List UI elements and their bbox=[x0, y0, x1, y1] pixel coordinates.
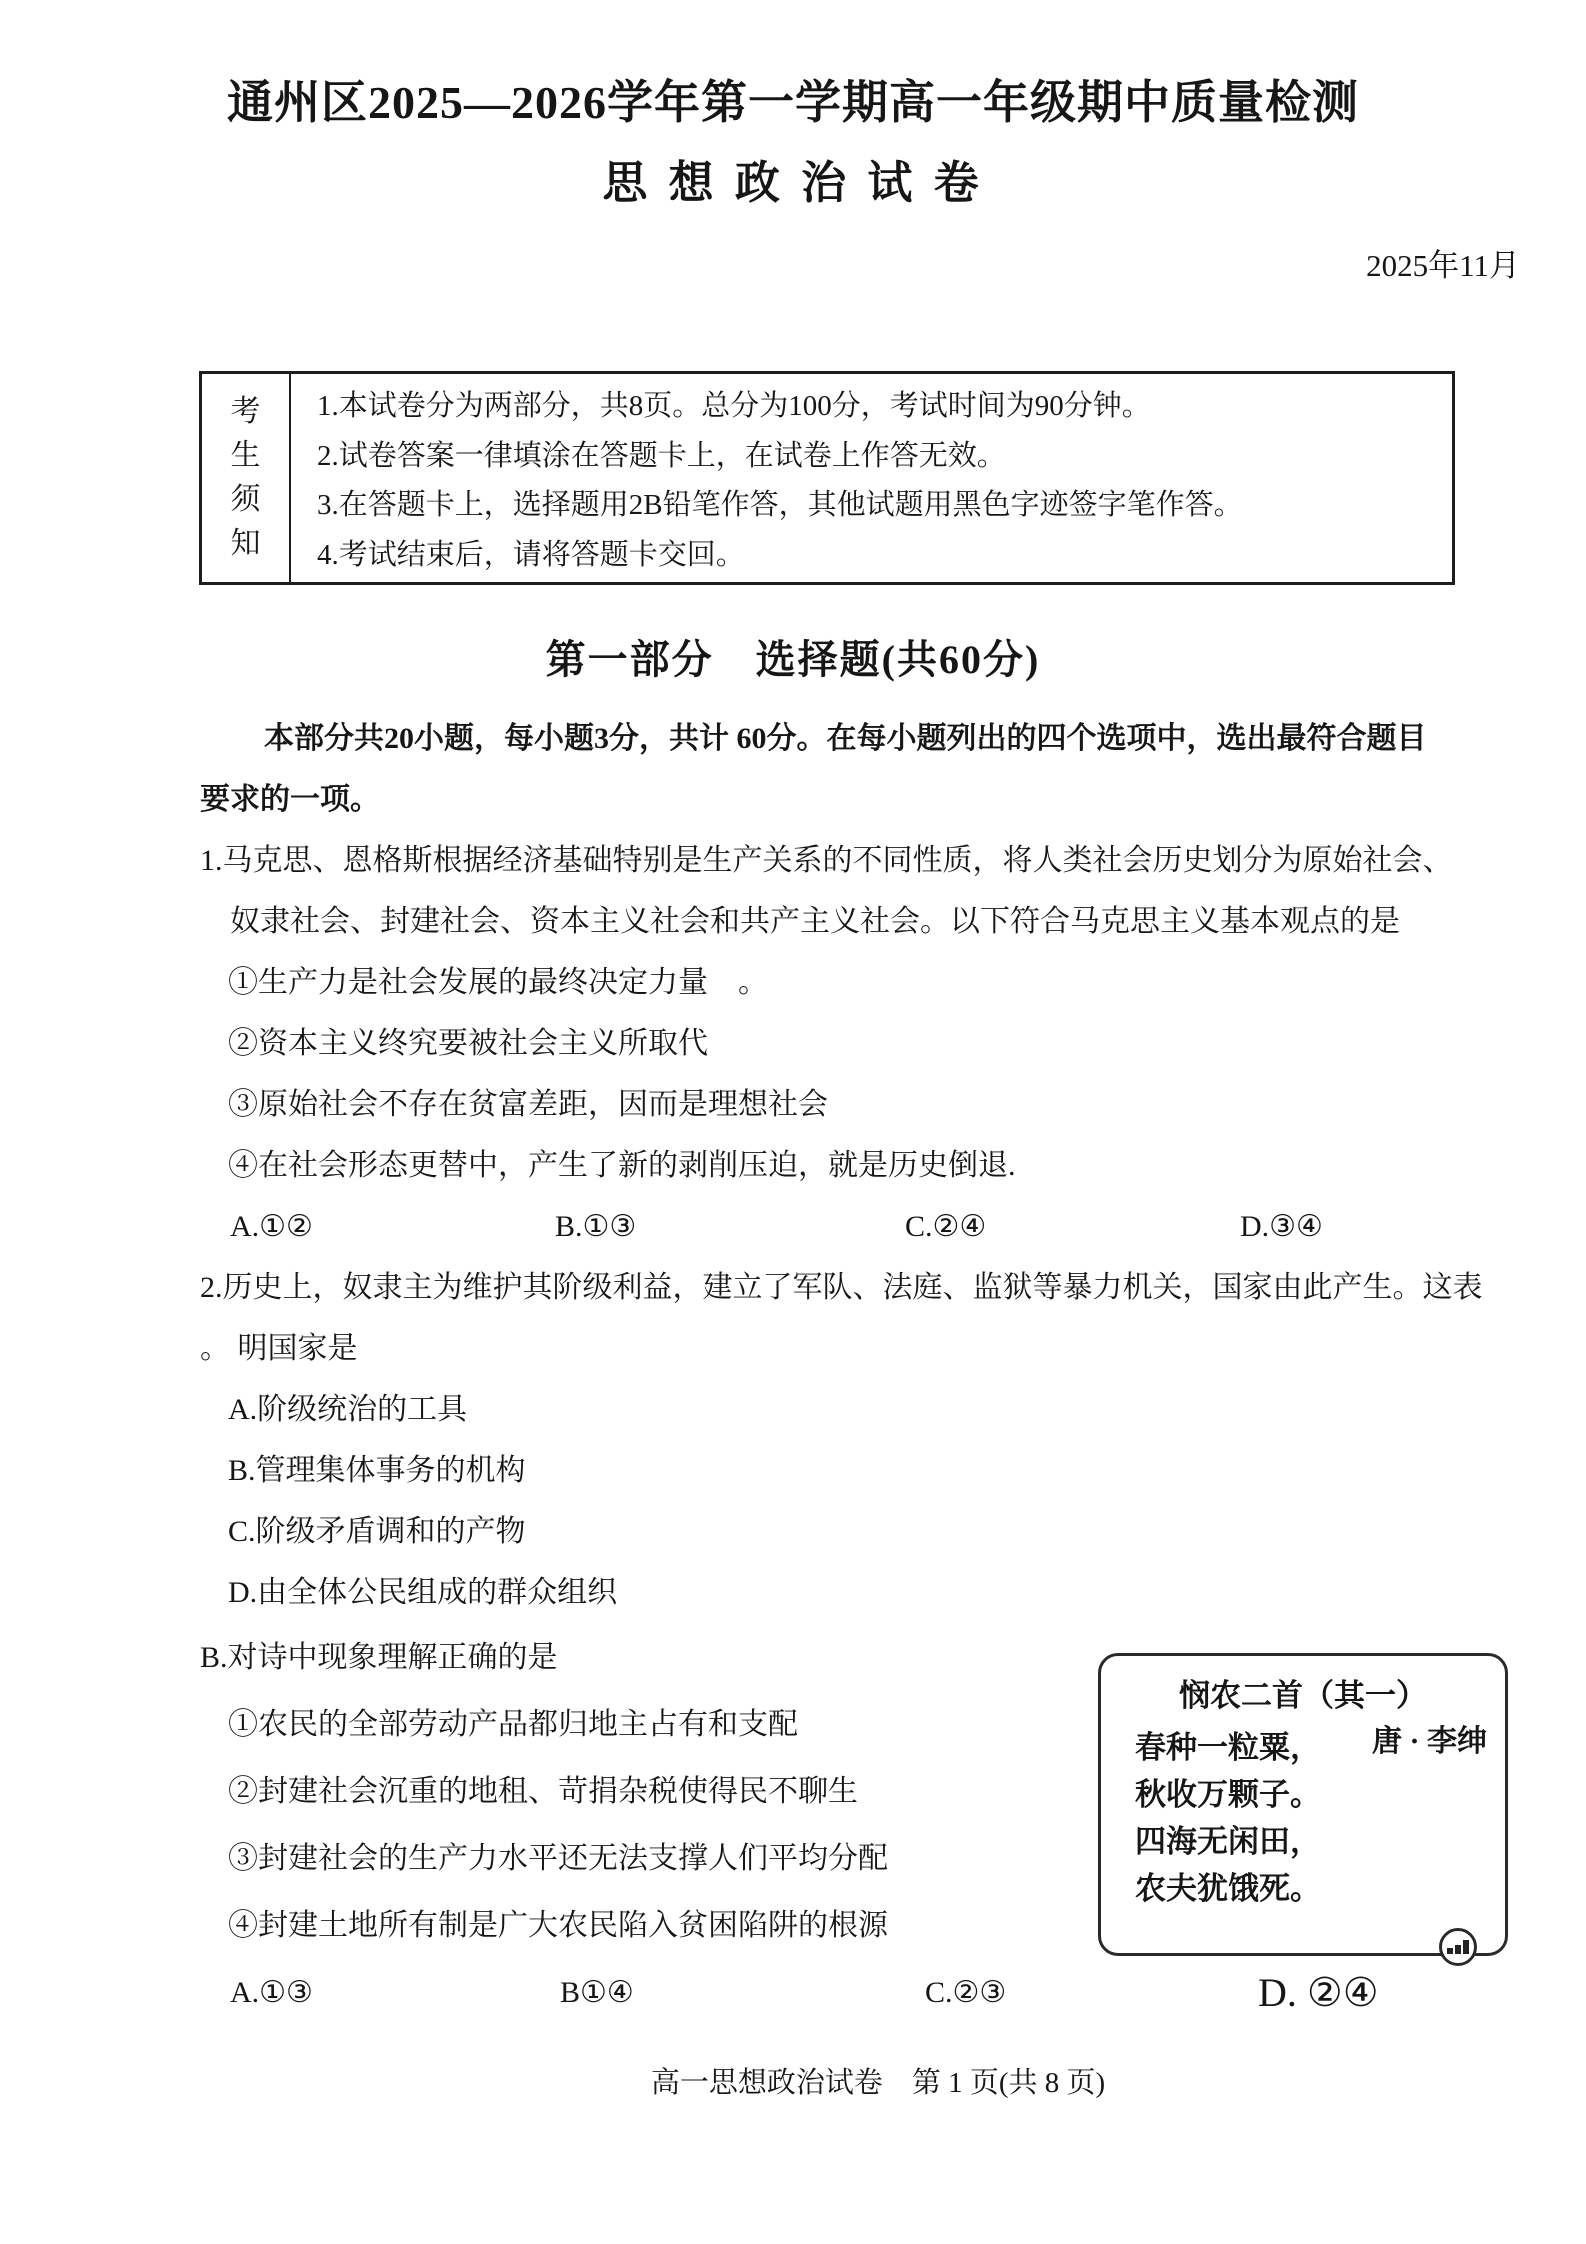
question-3-option-a: A.①③ bbox=[230, 1959, 313, 2026]
section1-heading: 第一部分 选择题(共60分) bbox=[0, 630, 1586, 690]
question-1: 1.马克思、恩格斯根据经济基础特别是生产关系的不同性质，将人类社会历史划分为原始… bbox=[200, 830, 1510, 1257]
notice-label-char: 生 bbox=[231, 434, 261, 478]
notice-item: 3.在答题卡上，选择题用2B铅笔作答，其他试题用黑色字迹签字笔作答。 bbox=[317, 482, 1452, 523]
question-3-option-d: D. ②④ bbox=[1258, 1959, 1379, 2026]
question-2-option-a: A.阶级统治的工具 bbox=[200, 1379, 1510, 1440]
notice-items: 1.本试卷分为两部分，共8页。总分为100分，考试时间为90分钟。 2.试卷答案… bbox=[291, 374, 1452, 582]
question-1-option-d: D.③④ bbox=[1240, 1196, 1323, 1257]
question-2-stem-line2: 。 明国家是 bbox=[200, 1318, 1510, 1379]
poem-author: 唐 · 李绅 bbox=[1372, 1716, 1487, 1760]
question-2: 2.历史上，奴隶主为维护其阶级利益，建立了军队、法庭、监狱等暴力机关，国家由此产… bbox=[200, 1257, 1510, 1623]
question-1-options: A.①② B.①③ C.②④ D.③④ bbox=[200, 1196, 1510, 1257]
question-1-stem-line2: 奴隶社会、封建社会、资本主义社会和共产主义社会。以下符合马克思主义基本观点的是 bbox=[200, 891, 1510, 952]
question-1-item-2: ②资本主义终究要被社会主义所取代 bbox=[200, 1013, 1510, 1074]
question-1-option-b: B.①③ bbox=[555, 1196, 636, 1257]
poem-box: 悯农二首（其一） 唐 · 李绅 春种一粒粟， 秋收万颗子。 四海无闲田， 农夫犹… bbox=[1098, 1653, 1508, 1956]
examinee-notice-box: 考 生 须 知 1.本试卷分为两部分，共8页。总分为100分，考试时间为90分钟… bbox=[199, 371, 1455, 585]
question-1-option-c: C.②④ bbox=[905, 1196, 986, 1257]
section1-instructions: 本部分共20小题，每小题3分，共计 60分。在每小题列出的四个选项中，选出最符合… bbox=[200, 708, 1470, 830]
question-3-options: A.①③ B①④ C.②③ D. ②④ bbox=[200, 1959, 1510, 2026]
page-title: 通州区2025—2026学年第一学期高一年级期中质量检测 bbox=[0, 72, 1586, 134]
notice-item: 1.本试卷分为两部分，共8页。总分为100分，考试时间为90分钟。 bbox=[317, 383, 1452, 424]
notice-label-char: 知 bbox=[231, 522, 261, 566]
exam-paper-page: 通州区2025—2026学年第一学期高一年级期中质量检测 思 想 政 治 试 卷… bbox=[0, 0, 1586, 2244]
poem-title: 悯农二首（其一） bbox=[1101, 1670, 1505, 1715]
poem-line: 秋收万颗子。 bbox=[1135, 1771, 1321, 1818]
instructions-line2: 要求的一项。 bbox=[200, 769, 1470, 830]
poem-line: 四海无闲田， bbox=[1135, 1818, 1321, 1865]
notice-item: 4.考试结束后，请将答题卡交回。 bbox=[317, 532, 1452, 573]
question-3-option-c: C.②③ bbox=[925, 1959, 1006, 2026]
question-2-option-b: B.管理集体事务的机构 bbox=[200, 1440, 1510, 1501]
poem-lines: 春种一粒粟， 秋收万颗子。 四海无闲田， 农夫犹饿死。 bbox=[1135, 1724, 1321, 1912]
question-1-stem-line1: 1.马克思、恩格斯根据经济基础特别是生产关系的不同性质，将人类社会历史划分为原始… bbox=[200, 830, 1510, 891]
question-3-option-b: B①④ bbox=[560, 1959, 634, 2026]
page-footer: 高一思想政治试卷 第 1 页(共 8 页) bbox=[170, 2062, 1586, 2104]
question-2-stem-line1: 2.历史上，奴隶主为维护其阶级利益，建立了军队、法庭、监狱等暴力机关，国家由此产… bbox=[200, 1257, 1510, 1318]
question-1-item-4: ④在社会形态更替中，产生了新的剥削压迫，就是历史倒退. bbox=[200, 1135, 1510, 1196]
notice-vertical-label: 考 生 须 知 bbox=[202, 374, 291, 582]
question-1-option-a: A.①② bbox=[230, 1196, 313, 1257]
notice-label-char: 考 bbox=[231, 390, 261, 434]
question-1-item-1: ①生产力是社会发展的最终决定力量 。 bbox=[200, 952, 1510, 1013]
notice-label-char: 须 bbox=[231, 478, 261, 522]
instructions-line1: 本部分共20小题，每小题3分，共计 60分。在每小题列出的四个选项中，选出最符合… bbox=[200, 708, 1470, 769]
paper-subtitle: 思 想 政 治 试 卷 bbox=[0, 152, 1586, 214]
paper-date: 2025年11月 bbox=[1366, 246, 1520, 286]
question-1-item-3: ③原始社会不存在贫富差距，因而是理想社会 bbox=[200, 1074, 1510, 1135]
poem-line: 春种一粒粟， bbox=[1135, 1724, 1321, 1771]
notice-item: 2.试卷答案一律填涂在答题卡上，在试卷上作答无效。 bbox=[317, 433, 1452, 474]
question-2-option-c: C.阶级矛盾调和的产物 bbox=[200, 1501, 1510, 1562]
poem-line: 农夫犹饿死。 bbox=[1135, 1865, 1321, 1912]
bar-chart-badge-icon bbox=[1439, 1928, 1477, 1966]
question-2-option-d: D.由全体公民组成的群众组织 bbox=[200, 1562, 1510, 1623]
